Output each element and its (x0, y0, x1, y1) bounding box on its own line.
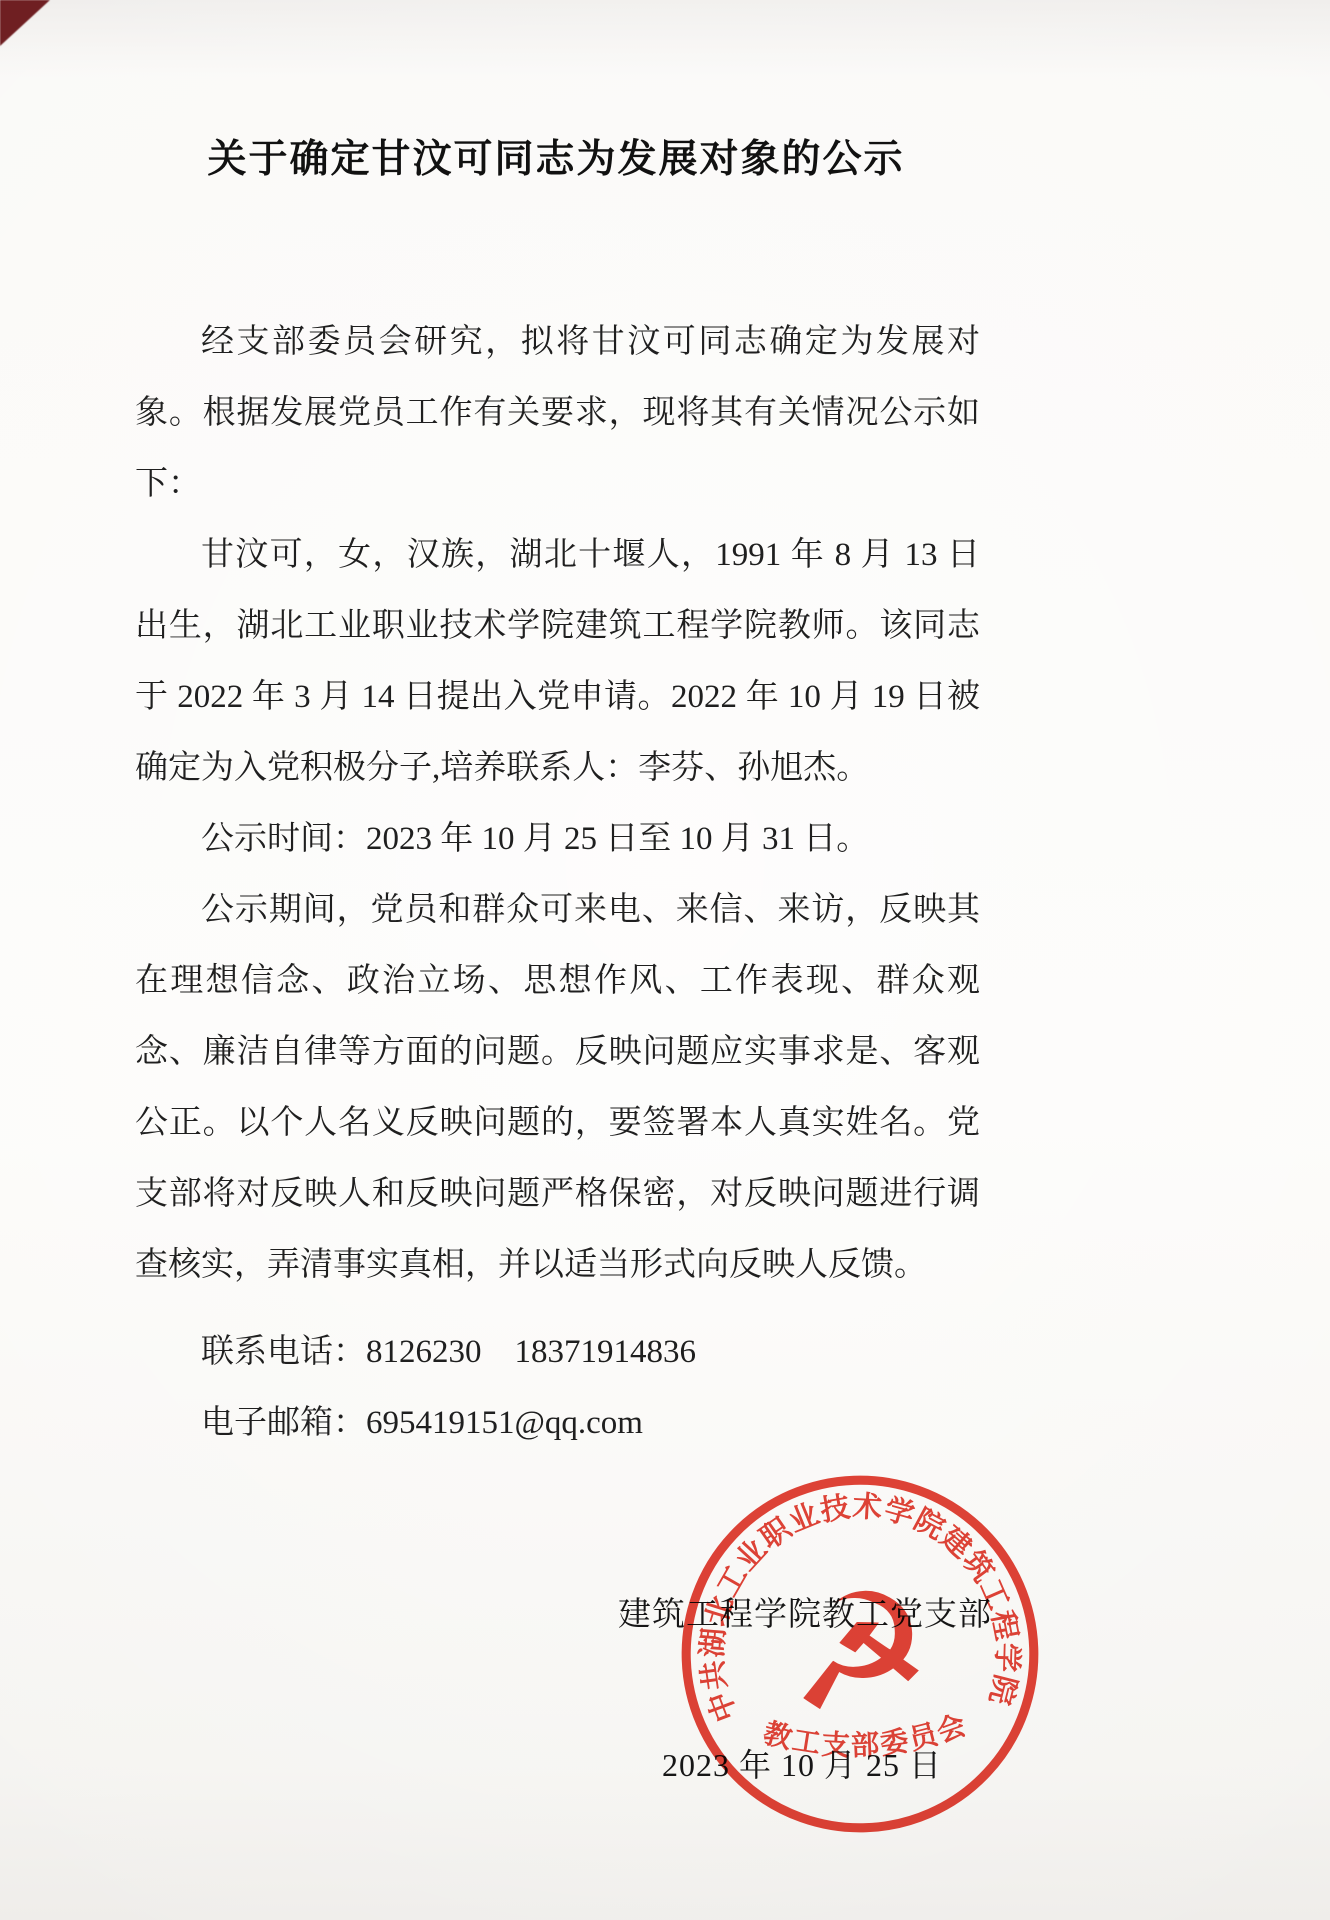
official-red-seal: 中共湖北工业职业技术学院建筑工程学院 ☭ 教工支部委员会 (661, 1455, 1058, 1852)
page-corner-mark (0, 0, 50, 46)
paragraph-candidate-bio: 甘汶可，女，汉族，湖北十堰人，1991 年 8 月 13 日出生，湖北工业职业技… (135, 520, 980, 804)
paragraph-feedback-instructions: 公示期间，党员和群众可来电、来信、来访，反映其在理想信念、政治立场、思想作风、工… (135, 875, 980, 1301)
document-body: 经支部委员会研究，拟将甘汶可同志确定为发展对象。根据发展党员工作有关要求，现将其… (135, 307, 980, 1459)
document-title: 关于确定甘汶可同志为发展对象的公示 (135, 128, 977, 184)
contact-phone-line: 联系电话：8126230 18371914836 (135, 1317, 980, 1388)
paragraph-intro: 经支部委员会研究，拟将甘汶可同志确定为发展对象。根据发展党员工作有关要求，现将其… (135, 307, 980, 520)
hammer-sickle-icon: ☭ (785, 1557, 935, 1748)
document-page: 关于确定甘汶可同志为发展对象的公示 经支部委员会研究，拟将甘汶可同志确定为发展对… (0, 0, 1330, 1920)
paragraph-publicity-period: 公示时间：2023 年 10 月 25 日至 10 月 31 日。 (135, 804, 980, 875)
contact-email-line: 电子邮箱：695419151@qq.com (135, 1388, 980, 1459)
